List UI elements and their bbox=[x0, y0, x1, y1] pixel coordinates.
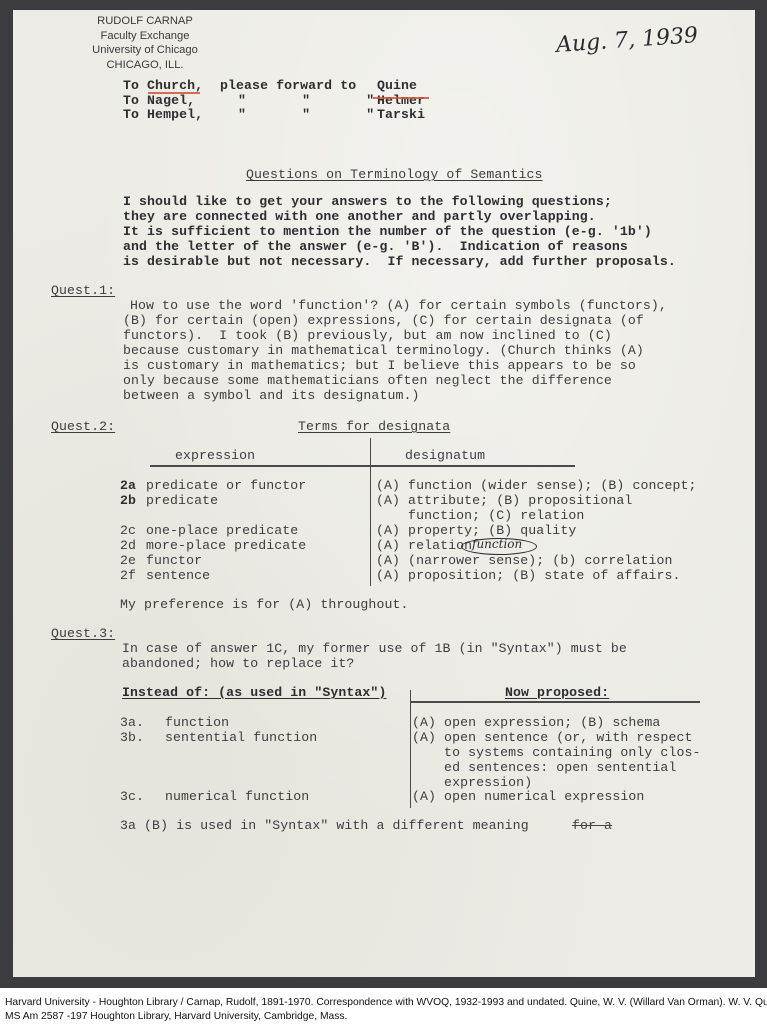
intro-line: is desirable but not necessary. If neces… bbox=[123, 254, 676, 269]
q2-label: Quest.2: bbox=[51, 419, 115, 434]
q2-preference: My preference is for (A) throughout. bbox=[120, 597, 409, 612]
q3-row-instead: function bbox=[165, 715, 229, 730]
intro-line: they are connected with one another and … bbox=[123, 209, 596, 224]
letterhead-stamp: RUDOLF CARNAP Faculty Exchange Universit… bbox=[70, 14, 220, 72]
red-strike-helmer bbox=[373, 97, 429, 99]
intro-line: I should like to get your answers to the… bbox=[123, 194, 612, 209]
q2-row-expression: one-place predicate bbox=[146, 523, 298, 538]
q1-line: How to use the word 'function'? (A) for … bbox=[130, 298, 667, 313]
q3-header-rule bbox=[410, 701, 700, 703]
q3-column-divider bbox=[410, 690, 411, 808]
q2-row-expression: functor bbox=[146, 553, 202, 568]
q3-line: In case of answer 1C, my former use of 1… bbox=[122, 641, 627, 656]
q3-line: abandoned; how to replace it? bbox=[122, 656, 354, 671]
letterhead-line: Faculty Exchange bbox=[70, 29, 220, 44]
q3-row-proposed: to systems containing only clos- bbox=[412, 745, 701, 760]
intro-line: It is sufficient to mention the number o… bbox=[123, 224, 652, 239]
q2-col-designatum: designatum bbox=[405, 448, 485, 463]
q1-line: between a symbol and its designatum.) bbox=[123, 388, 420, 403]
q3-label: Quest.3: bbox=[51, 626, 115, 641]
q1-line: only because some mathematicians often n… bbox=[123, 373, 612, 388]
q2-row-id: 2b bbox=[120, 493, 136, 508]
q2-row-designatum: (A) property; (B) quality bbox=[376, 523, 576, 538]
q3-note: 3a (B) is used in "Syntax" with a differ… bbox=[120, 818, 529, 833]
q2-column-divider bbox=[370, 438, 371, 586]
q2-row-id: 2d bbox=[120, 538, 136, 553]
q2-row-designatum: (A) proposition; (B) state of affairs. bbox=[376, 568, 681, 583]
handwritten-annotation: function bbox=[472, 537, 522, 551]
q2-row-expression: more-place predicate bbox=[146, 538, 306, 553]
letterhead-line: CHICAGO, ILL. bbox=[70, 58, 220, 73]
q3-row-proposed: (A) open numerical expression bbox=[412, 789, 644, 804]
q2-row-expression: sentence bbox=[146, 568, 210, 583]
letterhead-line: RUDOLF CARNAP bbox=[70, 14, 220, 29]
q3-row-instead: numerical function bbox=[165, 789, 309, 804]
routing-instruction: " " " bbox=[238, 107, 374, 122]
q2-row-expression: predicate or functor bbox=[146, 478, 306, 493]
q3-row-proposed: expression) bbox=[412, 775, 532, 790]
q2-row-designatum: function; (C) relation bbox=[376, 508, 584, 523]
q2-row-expression: predicate bbox=[146, 493, 218, 508]
q3-row-proposed: (A) open expression; (B) schema bbox=[412, 715, 660, 730]
q2-row-designatum: (A) attribute; (B) propositional bbox=[376, 493, 632, 508]
q3-row-proposed: (A) open sentence (or, with respect bbox=[412, 730, 692, 745]
q1-line: is customary in mathematics; but I belie… bbox=[123, 358, 636, 373]
q3-col-instead: Instead of: (as used in "Syntax") bbox=[122, 685, 386, 700]
q2-row-id: 2f bbox=[120, 568, 136, 583]
q3-row-id: 3c. bbox=[120, 789, 144, 804]
q3-row-id: 3b. bbox=[120, 730, 144, 745]
caption-line: MS Am 2587 -197 Houghton Library, Harvar… bbox=[5, 1010, 767, 1024]
q2-row-id: 2e bbox=[120, 553, 136, 568]
intro-line: and the letter of the answer (e-g. 'B').… bbox=[123, 239, 628, 254]
q1-line: (B) for certain (open) expressions, (C) … bbox=[123, 313, 644, 328]
q2-row-designatum: (A) relation bbox=[376, 538, 472, 553]
q2-row-id: 2a bbox=[120, 478, 136, 493]
routing-instruction: please forward to bbox=[220, 78, 356, 93]
archive-caption: Harvard University - Houghton Library / … bbox=[5, 996, 767, 1024]
routing-to: To Hempel, bbox=[123, 107, 203, 122]
routing-to: To Church, bbox=[123, 78, 203, 93]
q2-row-designatum: (A) (narrower sense); (b) correlation bbox=[376, 553, 673, 568]
q2-row-designatum: (A) function (wider sense); (B) concept; bbox=[376, 478, 697, 493]
q2-title: Terms for designata bbox=[298, 419, 450, 434]
q2-header-rule bbox=[150, 465, 575, 467]
routing-forward: Helmer bbox=[377, 93, 425, 108]
q2-row-id: 2c bbox=[120, 523, 136, 538]
q3-struck-text: for a bbox=[572, 818, 612, 833]
q2-col-expression: expression bbox=[175, 448, 255, 463]
q1-label: Quest.1: bbox=[51, 283, 115, 298]
q3-row-instead: sentential function bbox=[165, 730, 317, 745]
letterhead-line: University of Chicago bbox=[70, 43, 220, 58]
q3-row-id: 3a. bbox=[120, 715, 144, 730]
q1-line: functors). I took (B) previously, but am… bbox=[123, 328, 612, 343]
routing-forward: Tarski bbox=[377, 107, 425, 122]
routing-forward: Quine bbox=[377, 78, 417, 93]
routing-instruction: " " " bbox=[238, 93, 374, 108]
document-title: Questions on Terminology of Semantics bbox=[246, 167, 543, 182]
q3-col-proposed: Now proposed: bbox=[505, 685, 609, 700]
q3-row-proposed: ed sentences: open sentential bbox=[412, 760, 676, 775]
caption-line: Harvard University - Houghton Library / … bbox=[5, 996, 767, 1010]
routing-to: To Nagel, bbox=[123, 93, 195, 108]
red-underline-church bbox=[148, 92, 200, 94]
q1-line: because customary in mathematical termin… bbox=[123, 343, 644, 358]
